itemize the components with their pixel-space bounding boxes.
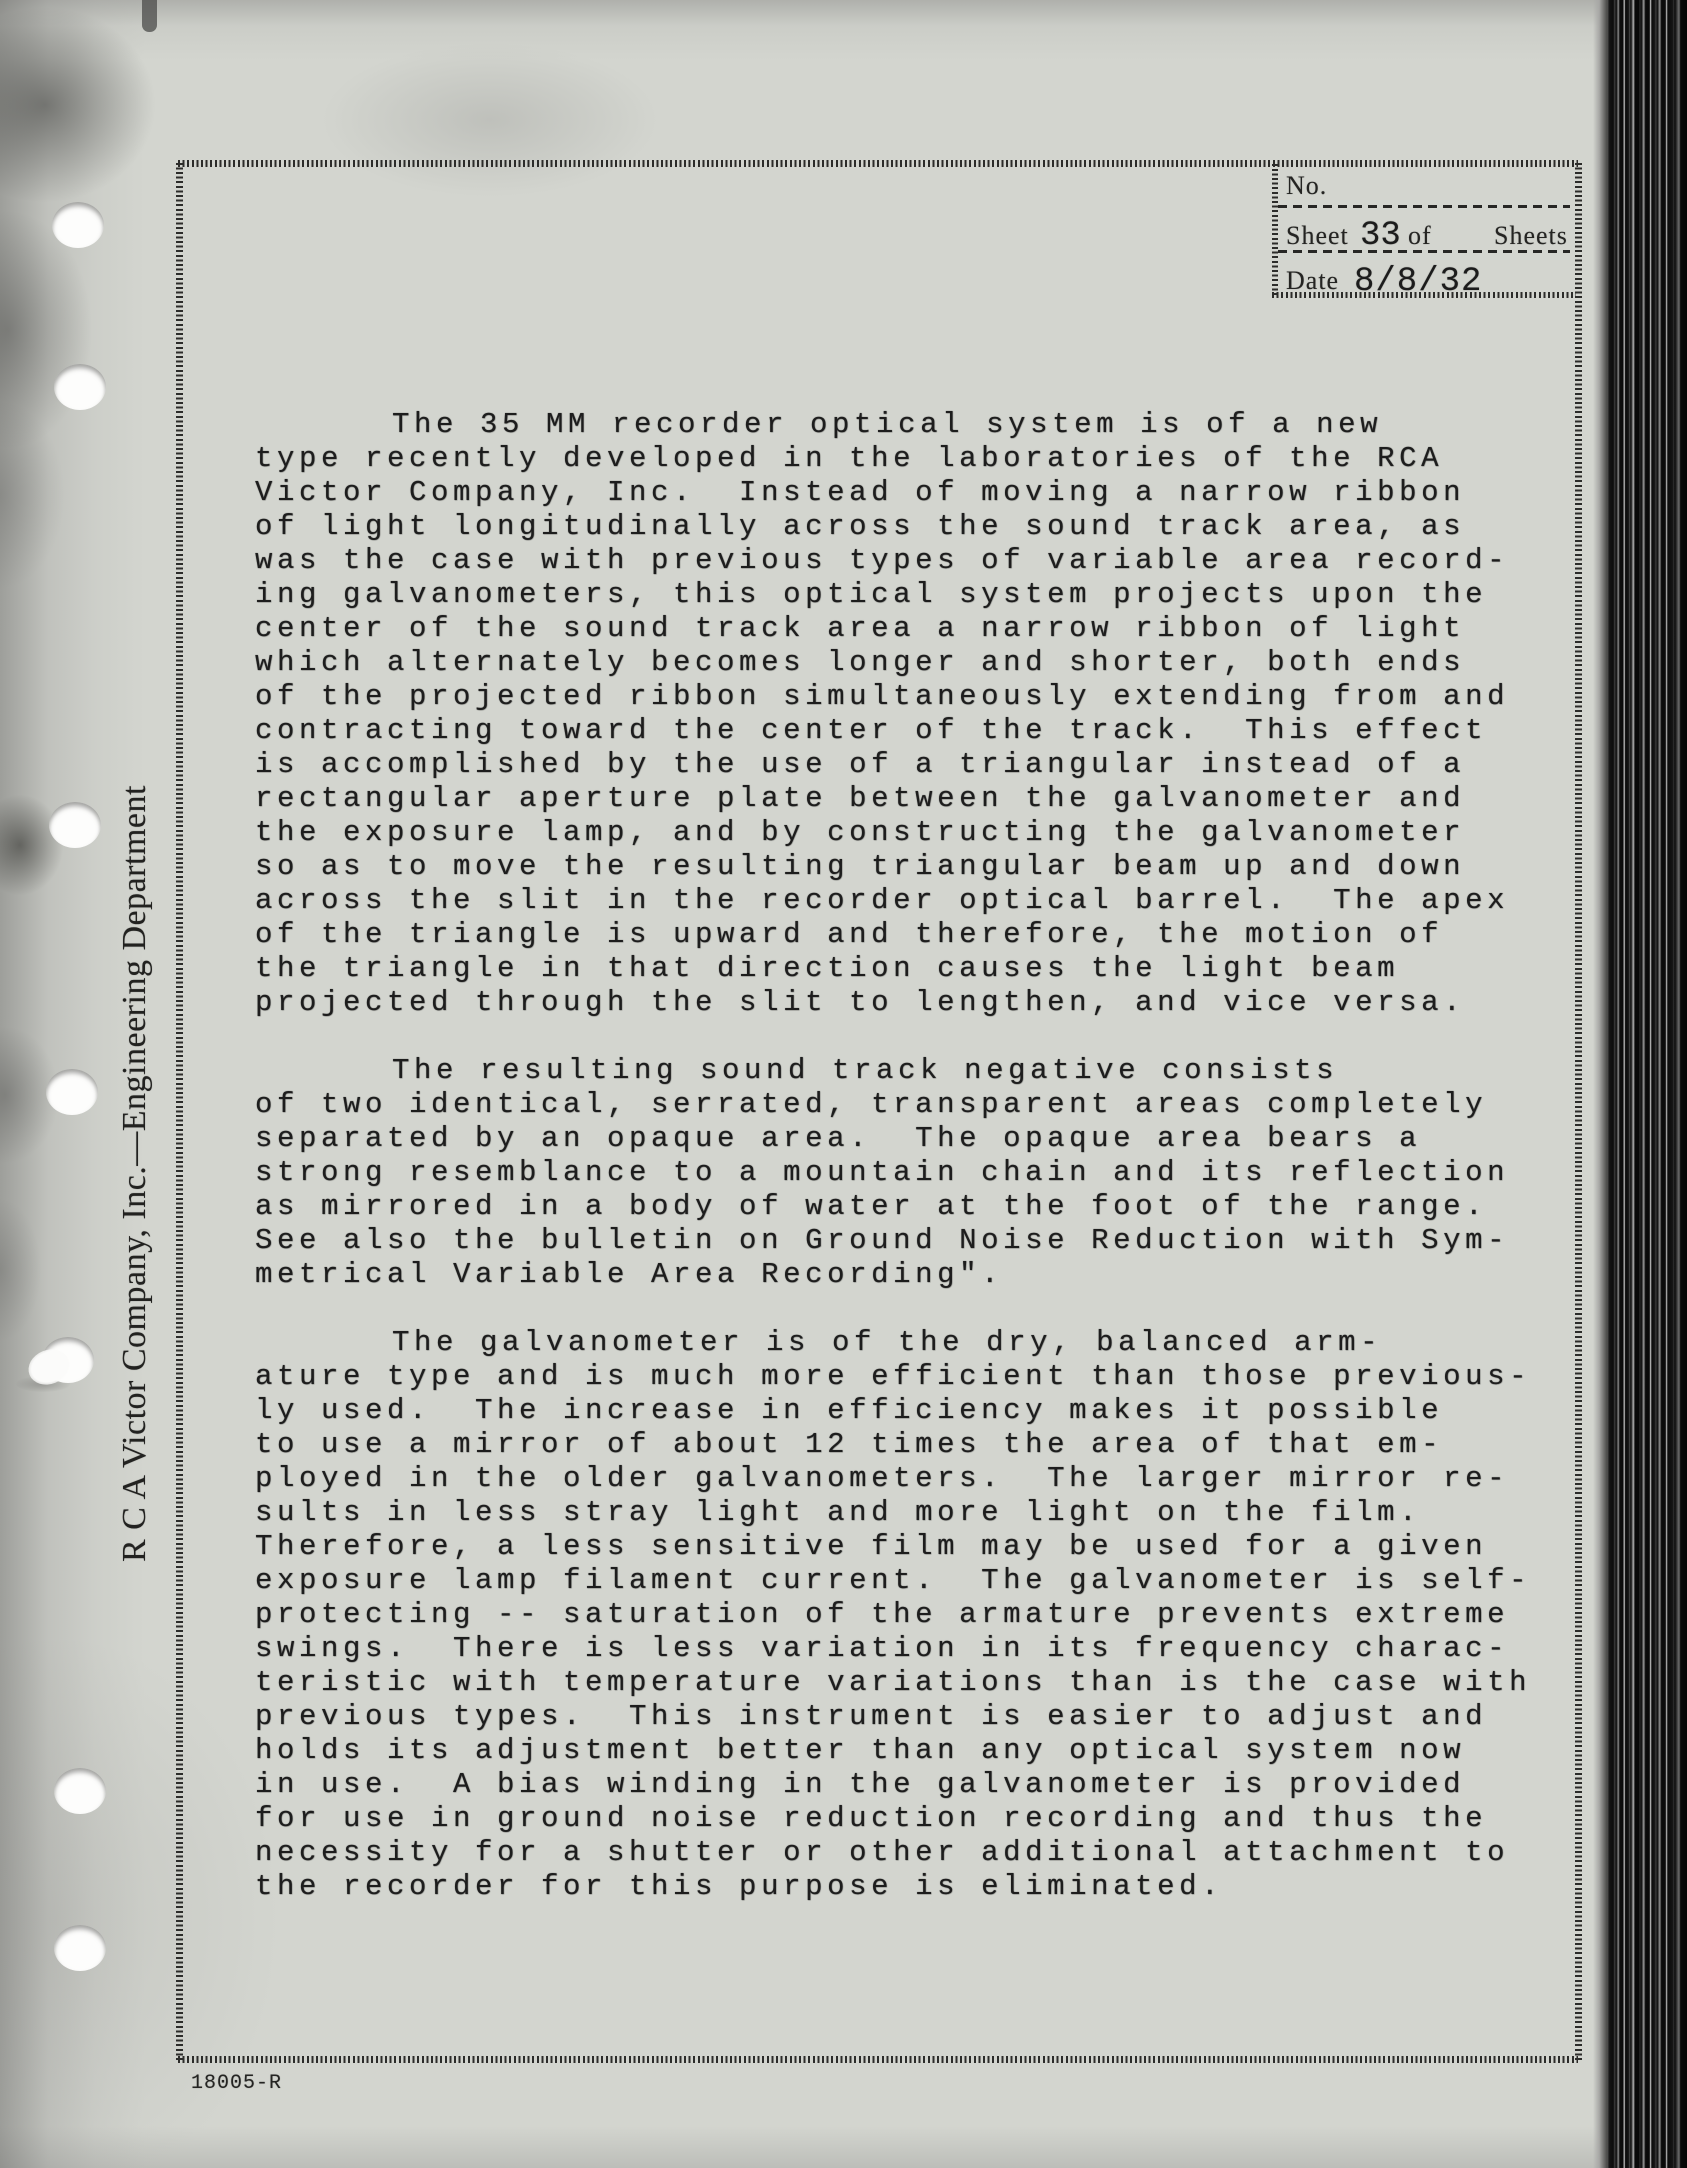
punch-hole: [54, 1925, 106, 1971]
text-line: The resulting sound track negative consi…: [255, 1054, 1555, 1088]
text-line: to use a mirror of about 12 times the ar…: [255, 1428, 1555, 1462]
page-border-right: [1575, 160, 1582, 2060]
text-line: type recently developed in the laborator…: [255, 442, 1555, 476]
text-line: teristic with temperature variations tha…: [255, 1666, 1555, 1700]
sheet-label: Sheet: [1286, 221, 1349, 251]
date-value: 8/8/32: [1354, 263, 1482, 301]
text-line: ly used. The increase in efficiency make…: [255, 1394, 1555, 1428]
sheet-number: 33: [1360, 217, 1401, 255]
text-line: holds its adjustment better than any opt…: [255, 1734, 1555, 1768]
punch-hole: [52, 202, 104, 248]
text-line: ature type and is much more efficient th…: [255, 1360, 1555, 1394]
text-line: projected through the slit to lengthen, …: [255, 986, 1555, 1020]
text-line: See also the bulletin on Ground Noise Re…: [255, 1224, 1555, 1258]
text-line: in use. A bias winding in the galvanomet…: [255, 1768, 1555, 1802]
text-line: center of the sound track area a narrow …: [255, 612, 1555, 646]
sheets-label: Sheets: [1494, 221, 1568, 251]
sheet-info-box: No. Sheet 33 of Sheets Date 8/8/32: [1272, 163, 1576, 295]
scanned-document-page: { "colors": { "paper": "#d3d5cf", "ink":…: [0, 0, 1687, 2168]
text-line: protecting -- saturation of the armature…: [255, 1598, 1555, 1632]
text-line: The galvanometer is of the dry, balanced…: [255, 1326, 1555, 1360]
text-line: of the projected ribbon simultaneously e…: [255, 680, 1555, 714]
date-label: Date: [1286, 266, 1339, 296]
text-line: the triangle in that direction causes th…: [255, 952, 1555, 986]
punch-hole: [49, 802, 101, 848]
text-line: contracting toward the center of the tra…: [255, 714, 1555, 748]
page-border-left: [176, 160, 183, 2060]
text-line: as mirrored in a body of water at the fo…: [255, 1190, 1555, 1224]
typed-body-text: The 35 MM recorder optical system is of …: [255, 408, 1555, 1938]
text-line: separated by an opaque area. The opaque …: [255, 1122, 1555, 1156]
text-line: Victor Company, Inc. Instead of moving a…: [255, 476, 1555, 510]
text-line: Therefore, a less sensitive film may be …: [255, 1530, 1555, 1564]
text-line: swings. There is less variation in its f…: [255, 1632, 1555, 1666]
text-line: sults in less stray light and more light…: [255, 1496, 1555, 1530]
text-line: was the case with previous types of vari…: [255, 544, 1555, 578]
form-number: 18005-R: [191, 2072, 282, 2095]
no-label: No.: [1286, 171, 1327, 201]
punch-hole: [46, 1069, 98, 1115]
text-line: the exposure lamp, and by constructing t…: [255, 816, 1555, 850]
text-line: for use in ground noise reduction record…: [255, 1802, 1555, 1836]
punch-hole: [54, 364, 106, 410]
text-line: strong resemblance to a mountain chain a…: [255, 1156, 1555, 1190]
text-line: of light longitudinally across the sound…: [255, 510, 1555, 544]
scan-edge-stripes: [1607, 0, 1687, 2168]
scan-notch: [142, 0, 157, 32]
text-line: rectangular aperture plate between the g…: [255, 782, 1555, 816]
text-line: of two identical, serrated, transparent …: [255, 1088, 1555, 1122]
text-line: which alternately becomes longer and sho…: [255, 646, 1555, 680]
text-line: ing galvanometers, this optical system p…: [255, 578, 1555, 612]
text-line: so as to move the resulting triangular b…: [255, 850, 1555, 884]
page-edge-shadow: [1593, 0, 1607, 2168]
punch-hole: [54, 1768, 106, 1814]
paragraph: The galvanometer is of the dry, balanced…: [255, 1326, 1555, 1904]
text-line: metrical Variable Area Recording".: [255, 1258, 1555, 1292]
paragraph: The 35 MM recorder optical system is of …: [255, 408, 1555, 1020]
text-line: across the slit in the recorder optical …: [255, 884, 1555, 918]
text-line: the recorder for this purpose is elimina…: [255, 1870, 1555, 1904]
text-line: is accomplished by the use of a triangul…: [255, 748, 1555, 782]
text-line: necessity for a shutter or other additio…: [255, 1836, 1555, 1870]
text-line: exposure lamp filament current. The galv…: [255, 1564, 1555, 1598]
text-line: previous types. This instrument is easie…: [255, 1700, 1555, 1734]
text-line: ployed in the older galvanometers. The l…: [255, 1462, 1555, 1496]
text-line: of the triangle is upward and therefore,…: [255, 918, 1555, 952]
text-line: The 35 MM recorder optical system is of …: [255, 408, 1555, 442]
paragraph: The resulting sound track negative consi…: [255, 1054, 1555, 1292]
letterhead-side-text: R C A Victor Company, Inc.—Engineering D…: [116, 692, 154, 1562]
page-border-bottom: [178, 2056, 1578, 2063]
of-label: of: [1408, 221, 1432, 251]
